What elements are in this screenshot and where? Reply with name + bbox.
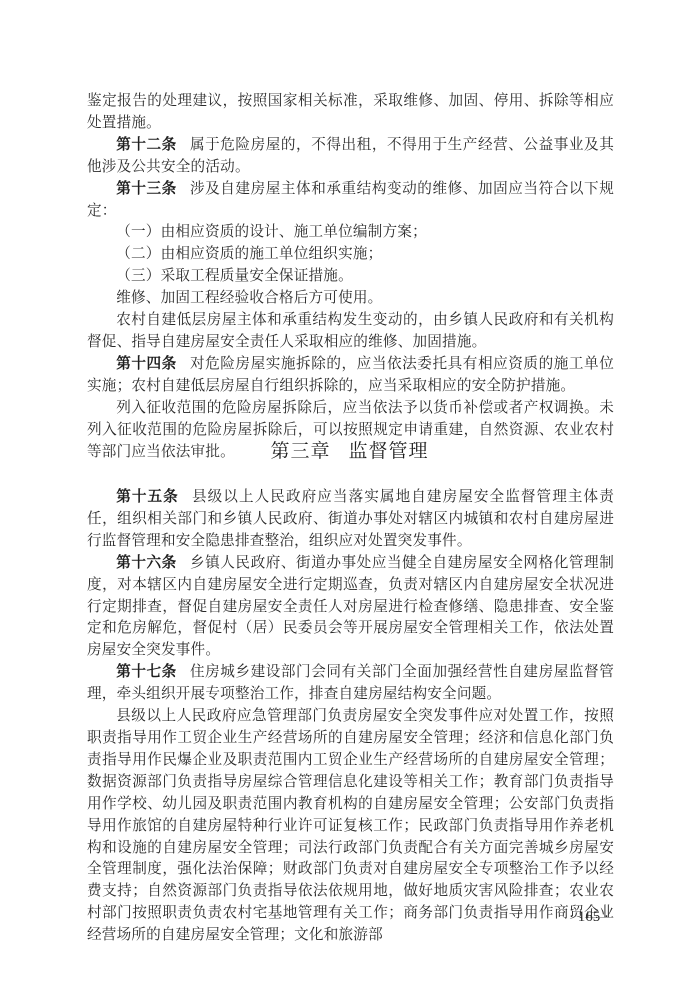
paragraph-text: 鉴定报告的处理建议，按照国家相关标准，采取维修、加固、停用、拆除等相应处置措施。 xyxy=(87,92,614,131)
article-number: 第十三条 xyxy=(116,180,177,197)
page-number: · 165 · xyxy=(569,909,609,926)
text-block-lower: 第十五条县级以上人民政府应当落实属地自建房屋安全监督管理主体责任，组织相关部门和… xyxy=(87,486,614,946)
list-item-3: （三）采取工程质量安全保证措施。 xyxy=(87,265,614,287)
article-number: 第十四条 xyxy=(116,355,177,372)
paragraph-text: 县级以上人民政府应急管理部门负责房屋安全突发事件应对处置工作，按照职责指导用作工… xyxy=(87,707,614,943)
paragraph-text: 农村自建低层房屋主体和承重结构发生变动的，由乡镇人民政府和有关机构督促、指导自建… xyxy=(87,311,614,350)
article-16: 第十六条乡镇人民政府、街道办事处应当健全自建房屋安全网格化管理制度，对本辖区内自… xyxy=(87,552,614,662)
list-item-2: （二）由相应资质的施工单位组织实施； xyxy=(87,243,614,265)
article-12: 第十二条属于危险房屋的，不得出租，不得用于生产经营、公益事业及其他涉及公共安全的… xyxy=(87,134,614,178)
article-13: 第十三条涉及自建房屋主体和承重结构变动的维修、加固应当符合以下规定： xyxy=(87,178,614,222)
paragraph-text: 维修、加固工程经验收合格后方可使用。 xyxy=(116,289,382,306)
list-item-1: （一）由相应资质的设计、施工单位编制方案； xyxy=(87,221,614,243)
chapter-title: 监督管理 xyxy=(349,440,429,462)
text-block-upper: 鉴定报告的处理建议，按照国家相关标准，采取维修、加固、停用、拆除等相应处置措施。… xyxy=(87,90,614,462)
paragraph-text: （三）采取工程质量安全保证措施。 xyxy=(116,267,353,284)
article-number: 第十二条 xyxy=(116,136,177,153)
paragraph-text: （二）由相应资质的施工单位组织实施； xyxy=(116,245,382,262)
article-17: 第十七条住房城乡建设部门会同有关部门全面加强经营性自建房屋监督管理，牵头组织开展… xyxy=(87,661,614,705)
chapter-number: 第三章 xyxy=(270,440,330,462)
article-15: 第十五条县级以上人民政府应当落实属地自建房屋安全监督管理主体责任，组织相关部门和… xyxy=(87,486,614,552)
article-number: 第十六条 xyxy=(116,554,177,571)
paragraph: 农村自建低层房屋主体和承重结构发生变动的，由乡镇人民政府和有关机构督促、指导自建… xyxy=(87,309,614,353)
paragraph: 县级以上人民政府应急管理部门负责房屋安全突发事件应对处置工作，按照职责指导用作工… xyxy=(87,705,614,946)
chapter-heading: 第三章监督管理 xyxy=(0,437,699,465)
paragraph-continuation: 鉴定报告的处理建议，按照国家相关标准，采取维修、加固、停用、拆除等相应处置措施。 xyxy=(87,90,614,134)
document-page: 鉴定报告的处理建议，按照国家相关标准，采取维修、加固、停用、拆除等相应处置措施。… xyxy=(0,0,699,982)
article-14: 第十四条对危险房屋实施拆除的，应当依法委托具有相应资质的施工单位实施；农村自建低… xyxy=(87,353,614,397)
paragraph: 维修、加固工程经验收合格后方可使用。 xyxy=(87,287,614,309)
paragraph-text: （一）由相应资质的设计、施工单位编制方案； xyxy=(116,223,427,240)
article-number: 第十五条 xyxy=(116,488,179,505)
article-number: 第十七条 xyxy=(116,663,177,680)
